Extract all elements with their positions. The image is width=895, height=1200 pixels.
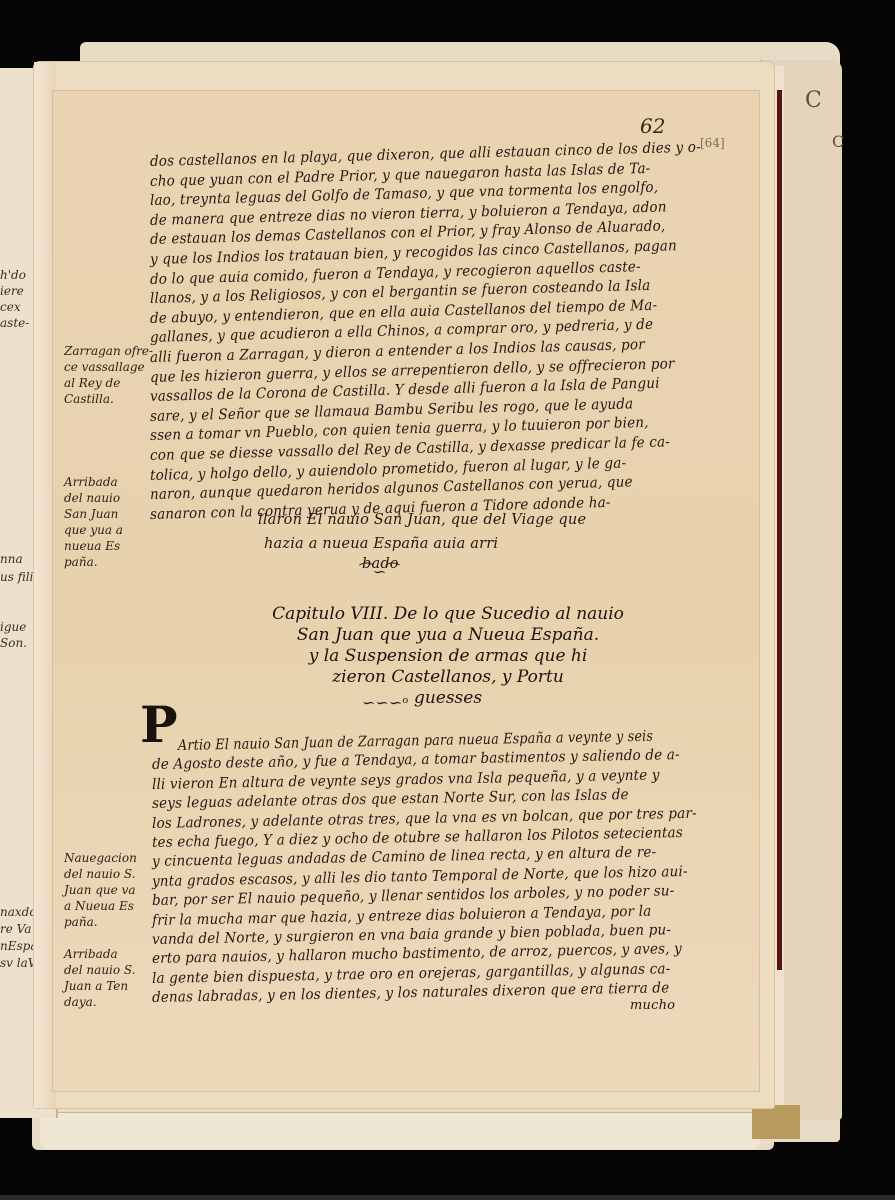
marginal-note-line: nueua Es [64, 538, 150, 554]
marginal-note-line: al Rey de [64, 375, 150, 391]
chapter-heading-line: y la Suspension de armas que hi [178, 646, 718, 666]
marginal-note-line: Arribada [64, 946, 150, 962]
marginal-note-line: Juan a Ten [64, 978, 150, 994]
marginal-note-line: Arribada [64, 474, 150, 490]
marginal-note-line: del nauio S. [64, 962, 150, 978]
flourish-ornament: ⁀∽⁀ [360, 562, 399, 581]
marginal-note-line: del nauio [64, 490, 150, 506]
marginal-note-line: Castilla. [64, 391, 150, 407]
edge-mark-lower: C [832, 132, 844, 151]
edge-mark-upper: C [805, 88, 822, 113]
marginal-note-line: daya. [64, 994, 150, 1010]
chapter-heading-line: guesses [178, 688, 718, 708]
marginal-note-line: Zarragan ofre- [64, 343, 150, 359]
chapter-heading-line: San Juan que yua a Nueua España. [178, 625, 718, 645]
marginal-note-line: Nauegacion [64, 850, 150, 866]
binding-spine-band [777, 90, 782, 970]
marginal-note: Zarragan ofre-ce vassallageal Rey deCast… [64, 343, 150, 407]
heading-flourish: ∽∽∽ᵒ [362, 693, 408, 712]
marginal-note: Arribadadel nauioSan Juanque yua anueua … [64, 474, 150, 570]
closing-line: llaron El nauio San Juan, que del Viage … [258, 512, 586, 528]
marginal-note: Nauegaciondel nauio S.Juan que vaa Nueua… [64, 850, 150, 930]
closing-line: hazia a nueua España auia arri [264, 536, 498, 552]
folio-bracket-number: [64] [700, 136, 725, 150]
folio-number: 62 [640, 114, 665, 138]
chapter-heading-line: Capitulo VIII. De lo que Sucedio al naui… [178, 604, 718, 624]
chapter-heading-line: zieron Castellanos, y Portu [178, 667, 718, 687]
marginal-note-line: paña. [64, 914, 150, 930]
marginal-note-line: del nauio S. [64, 866, 150, 882]
scan-bottom-edge [0, 1195, 895, 1200]
marginal-note-line: a Nueua Es [64, 898, 150, 914]
binding-corner-tab [752, 1105, 800, 1139]
marginal-note-line: ce vassallage [64, 359, 150, 375]
page-stack-bottom-edge [40, 1112, 760, 1149]
drop-cap-initial: P [140, 700, 178, 750]
catchword: mucho [630, 998, 675, 1013]
marginal-note: Arribadadel nauio S.Juan a Tendaya. [64, 946, 150, 1010]
marginal-note-line: paña. [64, 554, 150, 570]
marginal-note-line: Juan que va [64, 882, 150, 898]
marginal-note-line: que yua a [64, 522, 150, 538]
marginal-note-line: San Juan [64, 506, 150, 522]
